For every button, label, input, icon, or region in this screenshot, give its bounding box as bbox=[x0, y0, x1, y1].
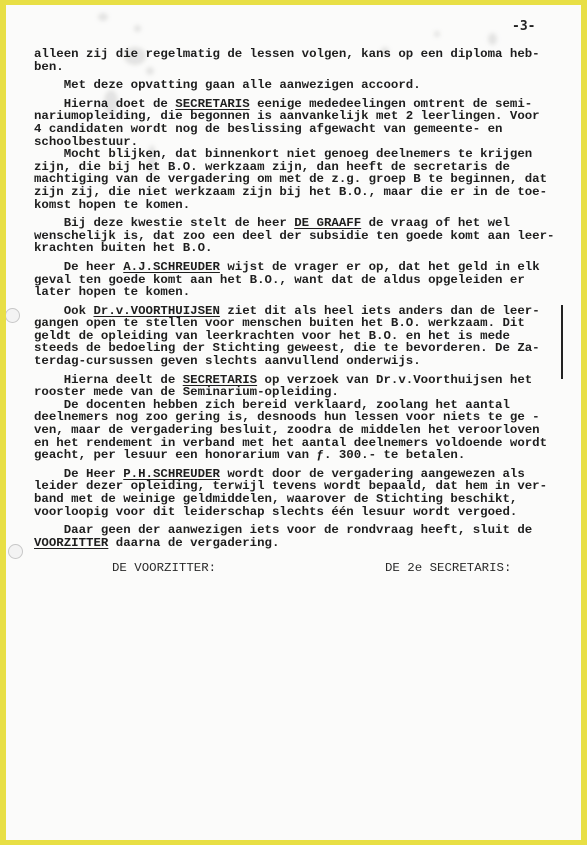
document-body: alleen zij die regelmatig de lessen volg… bbox=[34, 48, 574, 549]
text-line: terdag-cursussen geven slechts aanvullen… bbox=[34, 355, 574, 368]
paragraph: Ook Dr.v.VOORTHUIJSEN ziet dit als heel … bbox=[34, 305, 574, 368]
paragraph: alleen zij die regelmatig de lessen volg… bbox=[34, 48, 574, 73]
paper-crease bbox=[6, 5, 25, 10]
ink-stain bbox=[98, 13, 108, 21]
text-segment: ben. bbox=[34, 60, 64, 74]
signature-secretary: DE 2e SECRETARIS: bbox=[385, 561, 511, 575]
text-segment: geacht, per lesuur een honorarium van ƒ.… bbox=[34, 448, 465, 462]
text-line: voorloopig voor dit leiderschap slechts … bbox=[34, 506, 574, 519]
paragraph: Hierna doet de SECRETARIS eenige mededee… bbox=[34, 98, 574, 211]
text-segment: terdag-cursussen geven slechts aanvullen… bbox=[34, 354, 421, 368]
text-segment: krachten buiten het B.O. bbox=[34, 241, 212, 255]
paragraph: Daar geen der aanwezigen iets voor de ro… bbox=[34, 524, 574, 549]
ink-stain bbox=[488, 33, 497, 45]
signature-chair: DE VOORZITTER: bbox=[112, 561, 216, 575]
paragraph: De heer A.J.SCHREUDER wijst de vrager er… bbox=[34, 261, 574, 299]
text-line: ben. bbox=[34, 61, 574, 74]
ink-stain bbox=[434, 31, 440, 37]
paragraph: Bij deze kwestie stelt de heer DE GRAAFF… bbox=[34, 217, 574, 255]
text-segment: daarna de vergadering. bbox=[108, 536, 279, 550]
text-segment: later hopen te komen. bbox=[34, 285, 190, 299]
document-page: -3- alleen zij die regelmatig de lessen … bbox=[6, 5, 581, 840]
text-line: krachten buiten het B.O. bbox=[34, 242, 574, 255]
text-segment: alleen zij die regelmatig de lessen volg… bbox=[34, 47, 540, 61]
text-line: komst hopen te komen. bbox=[34, 199, 574, 212]
text-line: later hopen te komen. bbox=[34, 286, 574, 299]
paragraph: Hierna deelt de SECRETARIS op verzoek va… bbox=[34, 374, 574, 462]
underlined-name: VOORZITTER bbox=[34, 536, 108, 550]
text-line: VOORZITTER daarna de vergadering. bbox=[34, 537, 574, 550]
margin-marker-line bbox=[561, 305, 563, 379]
paragraph: Met deze opvatting gaan alle aanwezigen … bbox=[34, 79, 574, 92]
ink-stain bbox=[134, 25, 141, 32]
page-number: -3- bbox=[512, 19, 535, 34]
text-line: alleen zij die regelmatig de lessen volg… bbox=[34, 48, 574, 61]
text-line: Met deze opvatting gaan alle aanwezigen … bbox=[34, 79, 574, 92]
text-segment: voorloopig voor dit leiderschap slechts … bbox=[34, 505, 517, 519]
text-segment: Met deze opvatting gaan alle aanwezigen … bbox=[34, 78, 421, 92]
punch-hole bbox=[8, 544, 23, 559]
text-segment: komst hopen te komen. bbox=[34, 198, 190, 212]
text-line: geacht, per lesuur een honorarium van ƒ.… bbox=[34, 449, 574, 462]
punch-hole bbox=[6, 308, 20, 323]
paragraph: De Heer P.H.SCHREUDER wordt door de verg… bbox=[34, 468, 574, 518]
